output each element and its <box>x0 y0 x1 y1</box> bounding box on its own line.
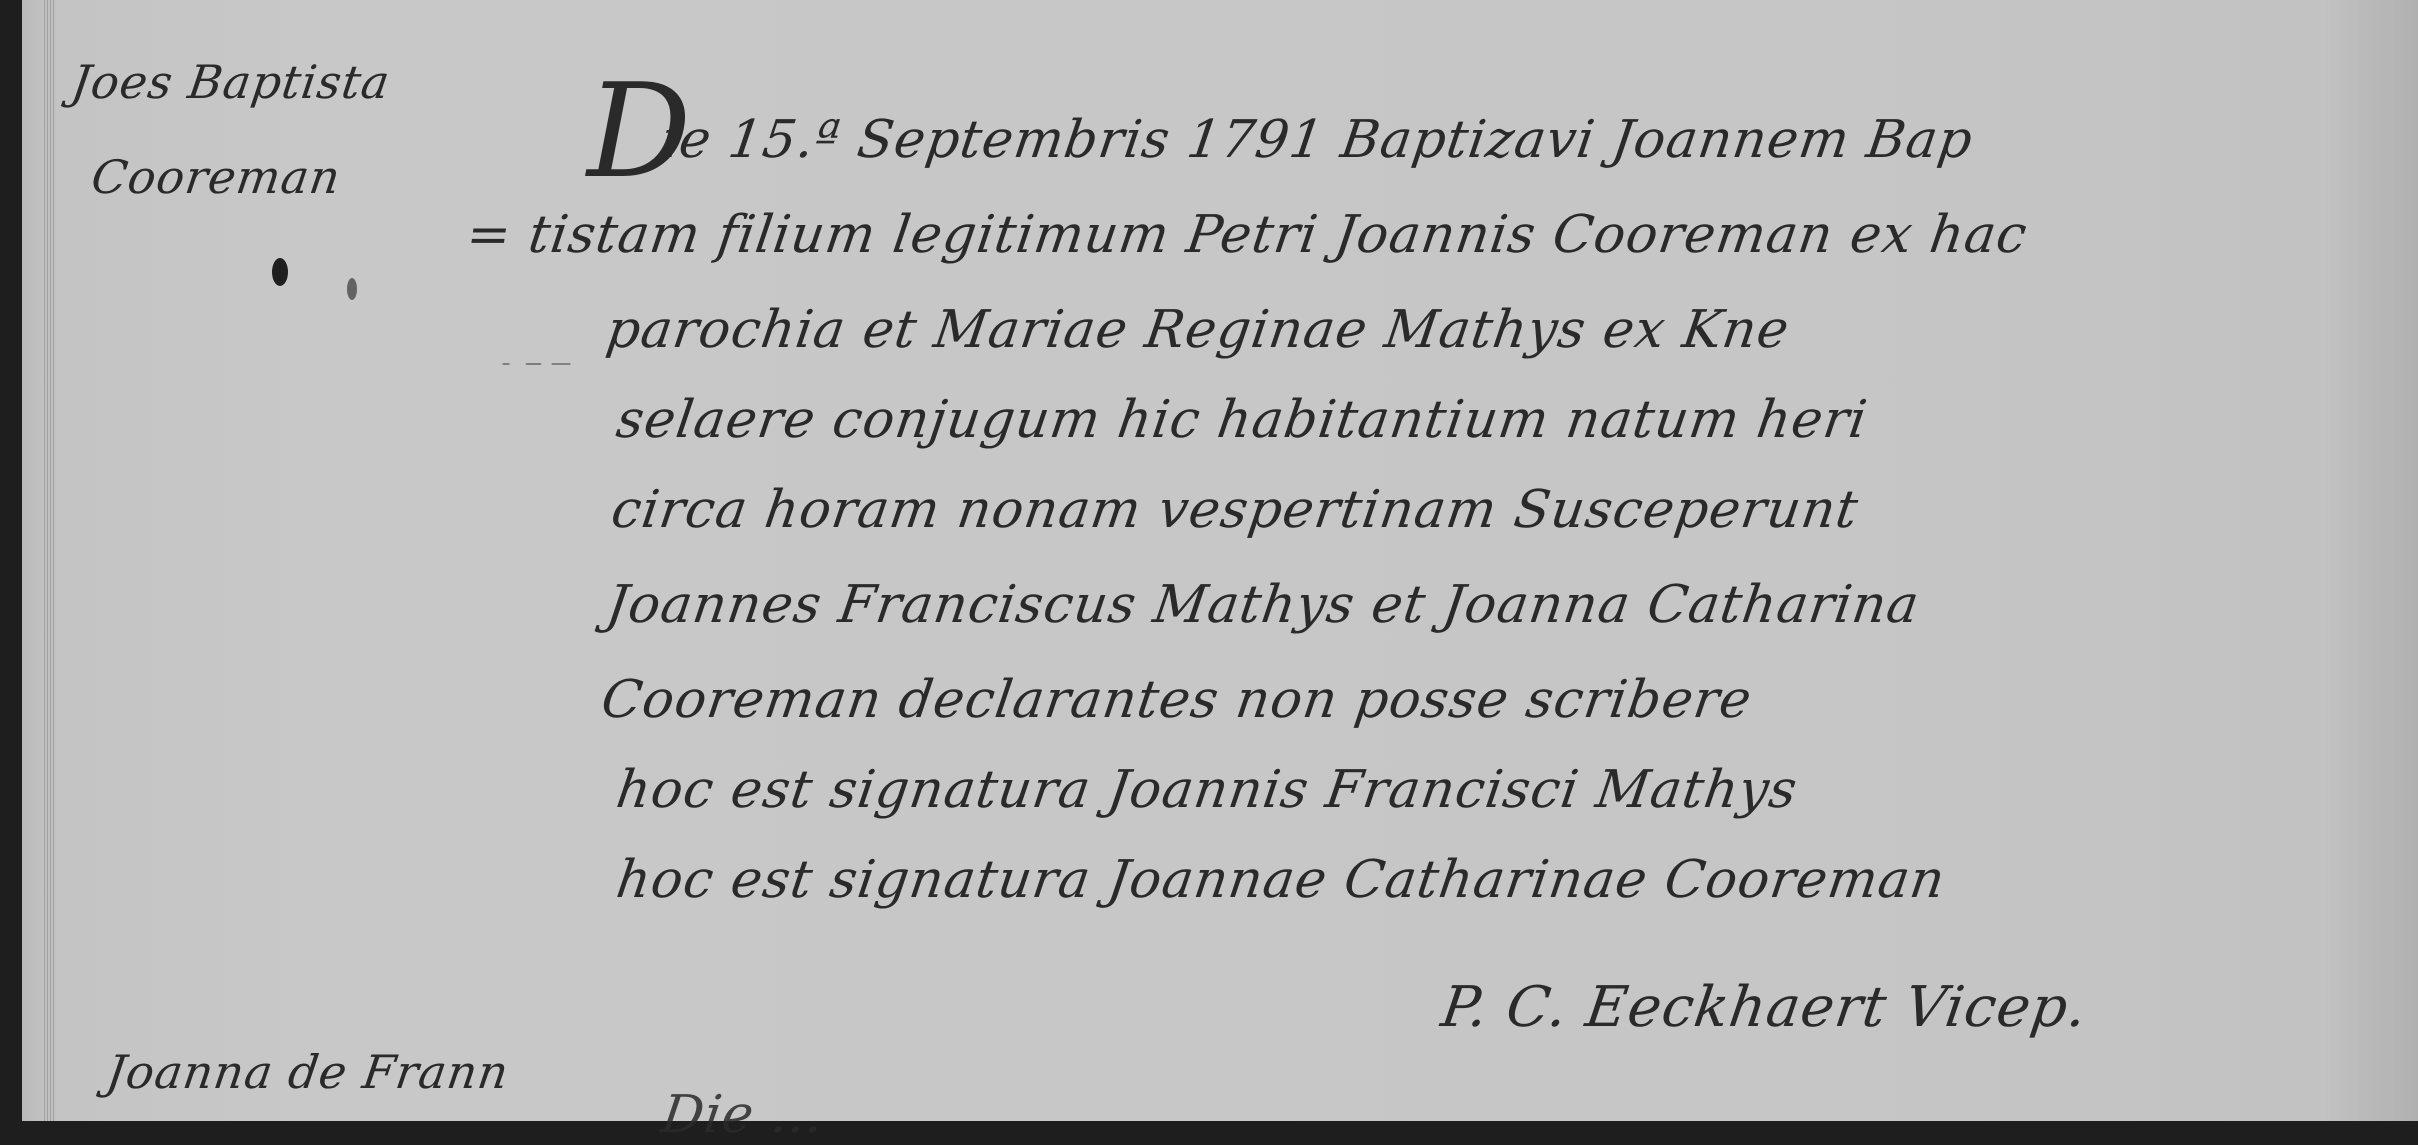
entry-line-2: = tistam filium legitimum Petri Joannis … <box>463 205 2031 265</box>
ink-blot <box>272 258 288 286</box>
entry-line-9: hoc est signatura Joannae Catharinae Coo… <box>613 850 1949 910</box>
entry-line-7: Cooreman declarantes non posse scribere <box>598 670 1756 730</box>
ink-dash-marks <box>484 360 594 368</box>
margin-note-name-line2: Cooreman <box>88 150 344 204</box>
margin-note-name-line1: Joes Baptista <box>68 55 394 109</box>
document-page: Joes Baptista Cooreman Joanna de Frann D… <box>22 0 2418 1121</box>
margin-note-next-entry-name: Joanna de Frann <box>103 1045 512 1099</box>
next-entry-fragment: Die ... <box>658 1085 829 1121</box>
entry-line-1: ie 15.ª Septembris 1791 Baptizavi Joanne… <box>658 110 1977 170</box>
priest-signature: P. C. Eeckhaert Vicep. <box>1437 975 2091 1040</box>
entry-line-6: Joannes Franciscus Mathys et Joanna Cath… <box>603 575 1924 635</box>
entry-line-8: hoc est signatura Joannis Francisci Math… <box>613 760 1801 820</box>
entry-line-3: parochia et Mariae Reginae Mathys ex Kne <box>603 300 1794 360</box>
entry-line-5: circa horam nonam vespertinam Susceperun… <box>608 480 1862 540</box>
entry-line-4: selaere conjugum hic habitantium natum h… <box>613 390 1872 450</box>
ink-blot <box>347 278 357 300</box>
page-binding-edge <box>44 0 56 1121</box>
